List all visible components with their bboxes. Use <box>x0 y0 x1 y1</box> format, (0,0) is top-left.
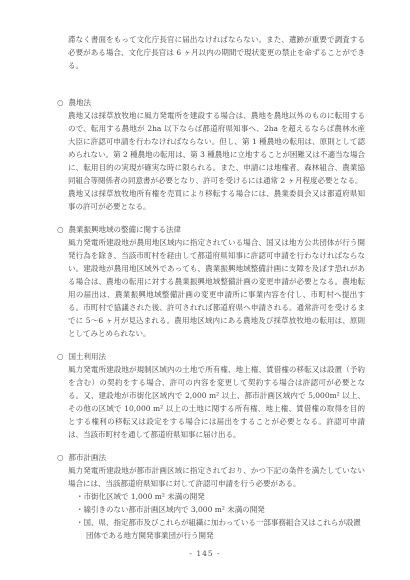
body-paragraph: 風力発電所建設地が規制区域内の土地で所有権、地上権、賃借権の移転又は設置（予約を… <box>68 363 365 441</box>
dot-bullet-marker: ・ <box>76 505 84 514</box>
document-page: 滞なく書面をもって文化庁長官に届出なければならない。また、遺跡が重要で調査する必… <box>0 0 410 580</box>
bullet-item: ・市街化区域で 1,000 m² 未満の開発 <box>76 490 365 503</box>
circle-list-marker: ○ <box>57 453 64 462</box>
section-heading: ○国土利用法 <box>57 350 365 363</box>
section-kokudo-riyou-hou: ○国土利用法 風力発電所建設地が規制区域内の土地で所有権、地上権、賃借権の移転又… <box>57 350 365 441</box>
body-paragraph: 農地又は採草放牧地所有権を売買により移転する場合には、農業委員会又は都道府県知事… <box>68 187 365 213</box>
bullet-item-text: 市街化区域で 1,000 m² 未満の開発 <box>84 492 205 501</box>
body-paragraph: 農地又は採草放牧地に風力発電所を建設する場合は、農地を農地以外のものに転用するの… <box>68 109 365 187</box>
section-heading: ○農地法 <box>57 96 365 109</box>
page-number: - 145 - <box>0 549 410 558</box>
section-title: 都市計画法 <box>69 453 107 462</box>
section-title: 農業振興地域の整備に関する法律 <box>69 225 182 234</box>
intro-continuation-paragraph: 滞なく書面をもって文化庁長官に届出なければならない。また、遺跡が重要で調査する必… <box>68 33 365 72</box>
bullet-item-text: 国、県、指定都市及びこれらが組織に加わっている一部事務組合又はこれらが設置団体で… <box>84 518 361 540</box>
section-title: 農地法 <box>69 98 92 107</box>
bullet-item: ・国、県、指定都市及びこれらが組織に加わっている一部事務組合又はこれらが設置団体… <box>76 516 365 542</box>
condition-bullet-list: ・市街化区域で 1,000 m² 未満の開発 ・線引きのない都市計画区域内で 3… <box>76 490 365 542</box>
section-heading: ○都市計画法 <box>57 451 365 464</box>
bullet-item-text: 線引きのない都市計画区域内で 3,000 m² 未満の開発 <box>84 505 265 514</box>
section-nougyou-shinkou-hou: ○農業振興地域の整備に関する法律 風力発電所建設地が農用地区域内に指定されている… <box>57 223 365 340</box>
section-title: 国土利用法 <box>69 352 107 361</box>
dot-bullet-marker: ・ <box>76 518 84 527</box>
circle-list-marker: ○ <box>57 352 64 361</box>
body-paragraph: 風力発電所建設地が農用地区域内に指定されている場合、国又は地方公共団体が行う開発… <box>68 236 365 340</box>
circle-list-marker: ○ <box>57 98 64 107</box>
section-toshi-keikaku-hou: ○都市計画法 風力発電所建設地が都市計画区域に指定されており、かつ下記の条件を満… <box>57 451 365 542</box>
section-heading: ○農業振興地域の整備に関する法律 <box>57 223 365 236</box>
body-paragraph: 風力発電所建設地が都市計画区域に指定されており、かつ下記の条件を満たしていない場… <box>68 464 365 490</box>
circle-list-marker: ○ <box>57 225 64 234</box>
section-nouchi-hou: ○農地法 農地又は採草放牧地に風力発電所を建設する場合は、農地を農地以外のものに… <box>57 96 365 213</box>
dot-bullet-marker: ・ <box>76 492 84 501</box>
bullet-item: ・線引きのない都市計画区域内で 3,000 m² 未満の開発 <box>76 503 365 516</box>
